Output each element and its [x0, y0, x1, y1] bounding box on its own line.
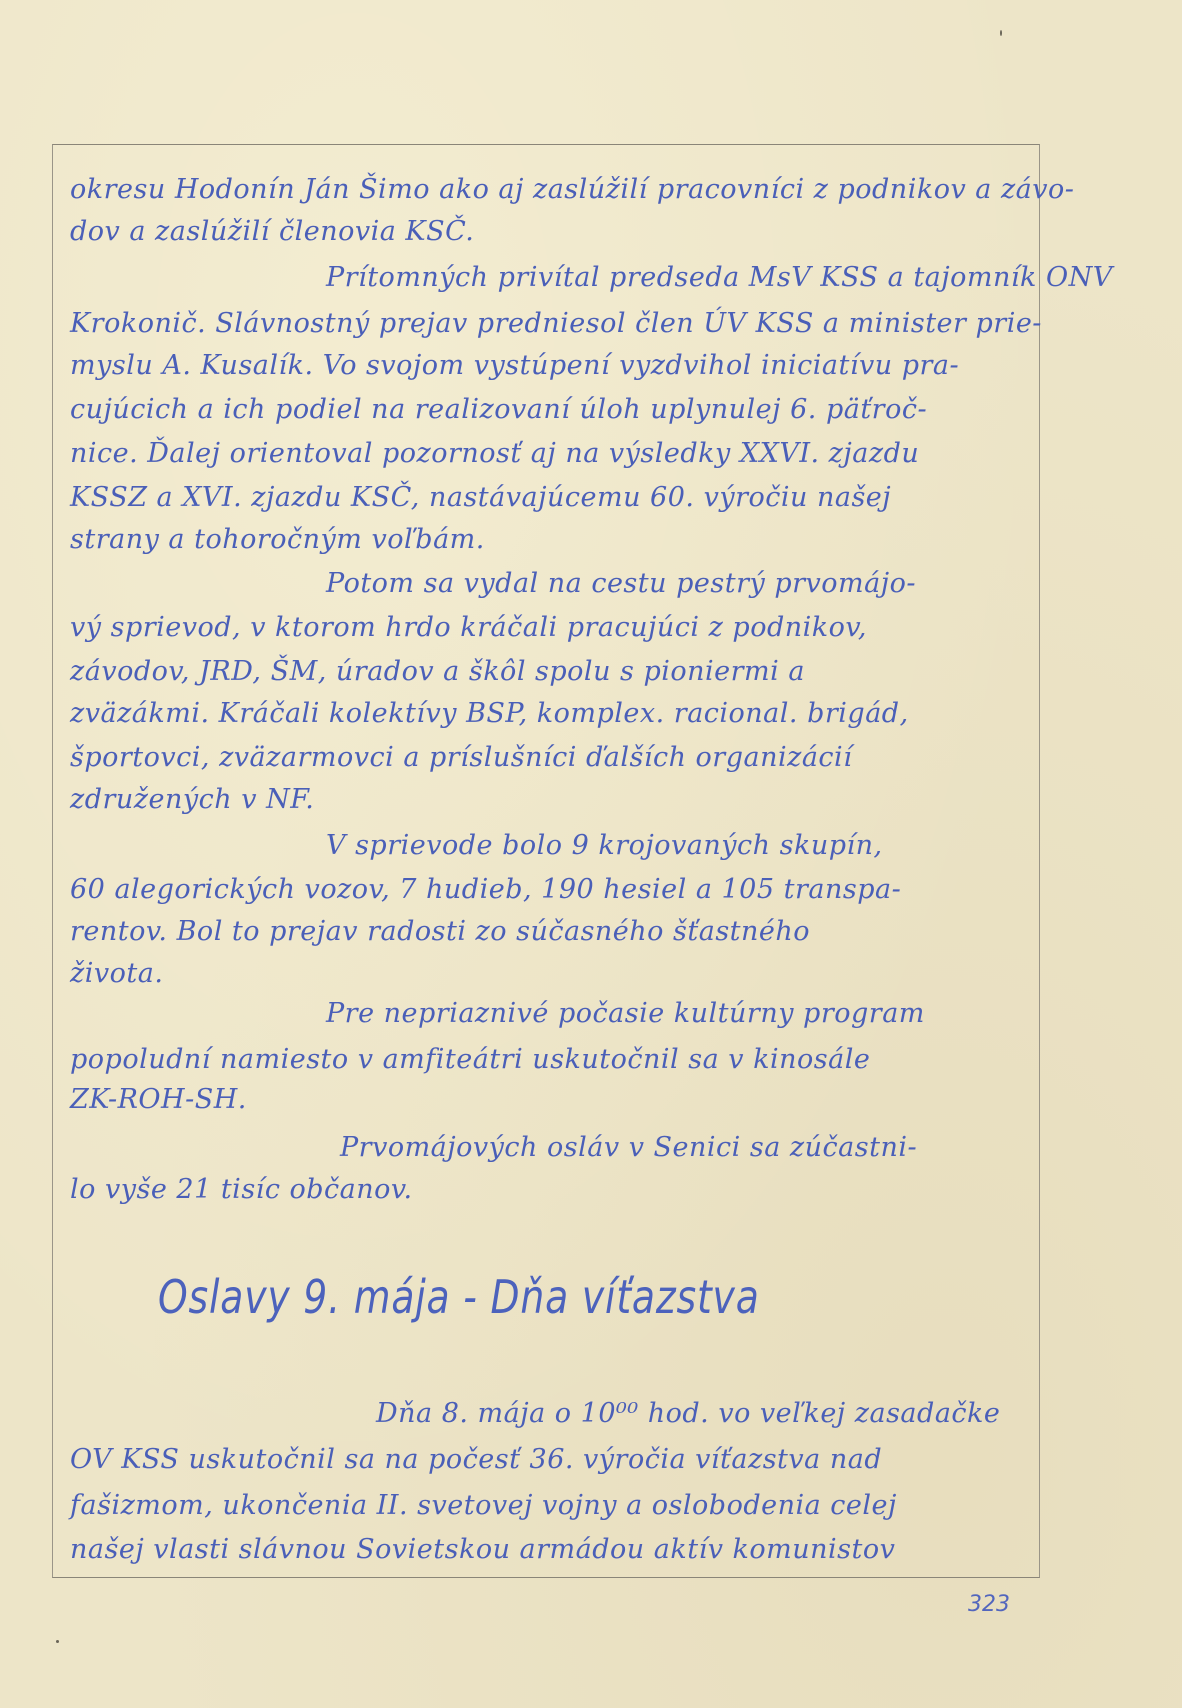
text-line: Pre nepriaznivé počasie kultúrny program [326, 1000, 925, 1027]
text-line: popoludní namiesto v amfiteátri uskutočn… [70, 1046, 870, 1073]
text-line: športovci, zväzarmovci a príslušníci ďal… [70, 744, 852, 771]
text-line: rentov. Bol to prejav radosti zo súčasné… [70, 918, 810, 945]
text-line: strany a tohoročným voľbám. [70, 526, 485, 553]
text-line: myslu A. Kusalík. Vo svojom vystúpení vy… [70, 352, 959, 379]
text-line: Dňa 8. mája o 10⁰⁰ hod. vo veľkej zasada… [376, 1400, 1000, 1427]
page-number: 323 [968, 1592, 1010, 1617]
text-line: Prítomných privítal predseda MsV KSS a t… [326, 264, 1113, 291]
text-line: okresu Hodonín Ján Šimo ako aj zaslúžilí… [70, 176, 1074, 203]
text-line: lo vyše 21 tisíc občanov. [70, 1176, 413, 1203]
text-line: Potom sa vydal na cestu pestrý prvomájo- [326, 570, 916, 597]
paper-speck [56, 1640, 59, 1643]
text-line: ZK-ROH-SH. [70, 1086, 247, 1113]
text-line: našej vlasti slávnou Sovietskou armádou … [70, 1536, 895, 1563]
text-line: Krokonič. Slávnostný prejav predniesol č… [70, 310, 1042, 337]
text-line: združených v NF. [70, 786, 314, 813]
text-line: 60 alegorických vozov, 7 hudieb, 190 hes… [70, 876, 901, 903]
text-line: závodov, JRD, ŠM, úradov a škôl spolu s … [70, 658, 805, 685]
text-line: OV KSS uskutočnil sa na počesť 36. výroč… [70, 1446, 882, 1473]
text-line: V sprievode bolo 9 krojovaných skupín, [326, 832, 883, 859]
text-line: cujúcich a ich podiel na realizovaní úlo… [70, 396, 927, 423]
text-line: zväzákmi. Kráčali kolektívy BSP, komplex… [70, 700, 909, 727]
section-heading: Oslavy 9. mája - Dňa víťazstva [158, 1270, 760, 1324]
text-line: Prvomájových osláv v Senici sa zúčastni- [340, 1134, 917, 1161]
text-line: vý sprievod, v ktorom hrdo kráčali pracu… [70, 614, 867, 641]
paper-speck [1000, 30, 1002, 36]
text-line: života. [70, 960, 163, 987]
text-line: nice. Ďalej orientoval pozornosť aj na v… [70, 440, 919, 467]
text-line: dov a zaslúžilí členovia KSČ. [70, 218, 474, 245]
document-page: okresu Hodonín Ján Šimo ako aj zaslúžilí… [0, 0, 1182, 1708]
text-line: KSSZ a XVI. zjazdu KSČ, nastávajúcemu 60… [70, 484, 891, 511]
text-line: fašizmom, ukončenia II. svetovej vojny a… [70, 1492, 897, 1519]
